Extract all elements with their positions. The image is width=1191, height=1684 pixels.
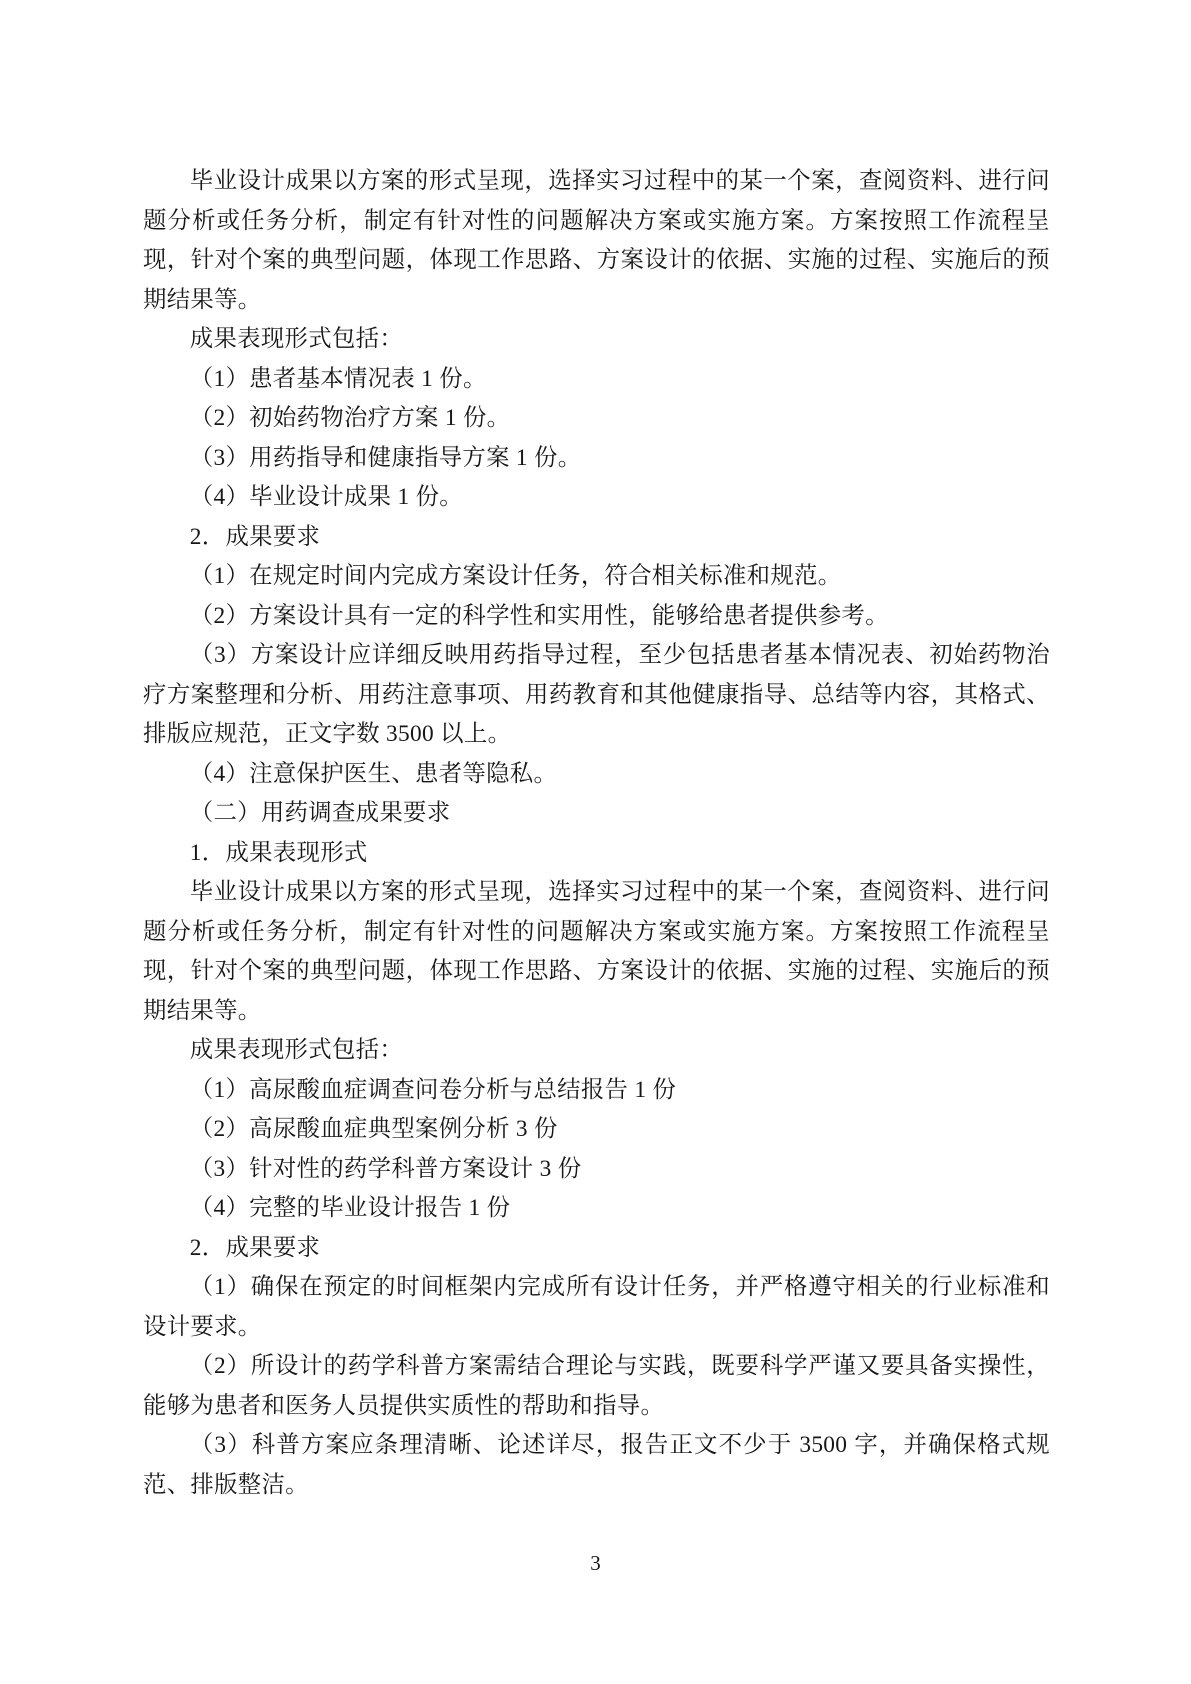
list-item: （4）注意保护医生、患者等隐私。 — [143, 755, 1050, 795]
paragraph-scheme-intro: 毕业设计成果以方案的形式呈现，选择实习过程中的某一个案，查阅资料、进行问题分析或… — [143, 873, 1050, 1031]
list-intro-presentation-forms: 成果表现形式包括： — [143, 1031, 1050, 1071]
list-item: （1）确保在预定的时间框架内完成所有设计任务，并严格遵守相关的行业标准和设计要求… — [143, 1268, 1050, 1347]
page-footer: 3 — [0, 1548, 1191, 1578]
list-intro-presentation-forms: 成果表现形式包括： — [143, 320, 1050, 360]
list-item: （3）科普方案应条理清晰、论述详尽，报告正文不少于 3500 字，并确保格式规范… — [143, 1426, 1050, 1505]
list-item: （1）在规定时间内完成方案设计任务，符合相关标准和规范。 — [143, 557, 1050, 597]
list-item: （4）毕业设计成果 1 份。 — [143, 478, 1050, 518]
list-item: （4）完整的毕业设计报告 1 份 — [143, 1189, 1050, 1229]
list-item: （2）所设计的药学科普方案需结合理论与实践，既要科学严谨又要具备实操性，能够为患… — [143, 1347, 1050, 1426]
paragraph-scheme-intro: 毕业设计成果以方案的形式呈现，选择实习过程中的某一个案，查阅资料、进行问题分析或… — [143, 162, 1050, 320]
list-item: （2）初始药物治疗方案 1 份。 — [143, 399, 1050, 439]
document-page: 毕业设计成果以方案的形式呈现，选择实习过程中的某一个案，查阅资料、进行问题分析或… — [0, 0, 1191, 1684]
list-item: （1）高尿酸血症调查问卷分析与总结报告 1 份 — [143, 1071, 1050, 1111]
heading-presentation-form: 1．成果表现形式 — [143, 834, 1050, 874]
document-body: 毕业设计成果以方案的形式呈现，选择实习过程中的某一个案，查阅资料、进行问题分析或… — [143, 162, 1050, 1505]
list-item: （3）用药指导和健康指导方案 1 份。 — [143, 439, 1050, 479]
heading-achievement-requirements: 2．成果要求 — [143, 518, 1050, 558]
page-number: 3 — [590, 1551, 601, 1575]
list-item: （3）方案设计应详细反映用药指导过程，至少包括患者基本情况表、初始药物治疗方案整… — [143, 636, 1050, 755]
list-item: （3）针对性的药学科普方案设计 3 份 — [143, 1150, 1050, 1190]
heading-achievement-requirements: 2．成果要求 — [143, 1229, 1050, 1269]
section-heading-medication-survey: （二）用药调查成果要求 — [143, 794, 1050, 834]
list-item: （1）患者基本情况表 1 份。 — [143, 360, 1050, 400]
list-item: （2）方案设计具有一定的科学性和实用性，能够给患者提供参考。 — [143, 597, 1050, 637]
list-item: （2）高尿酸血症典型案例分析 3 份 — [143, 1110, 1050, 1150]
